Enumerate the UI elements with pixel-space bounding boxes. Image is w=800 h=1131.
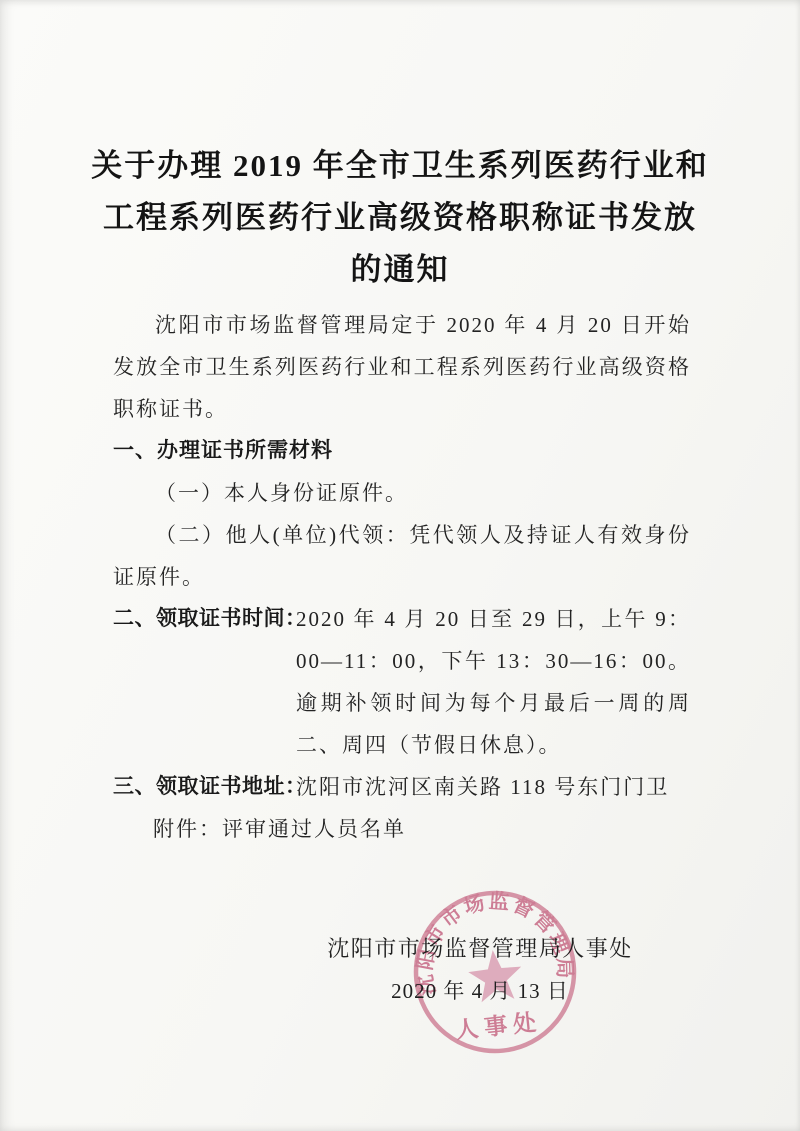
section-3: 三、领取证书地址： 沈阳市沈河区南关路 118 号东门门卫 — [113, 766, 691, 808]
section-2-content: 2020 年 4 月 20 日至 29 日，上午 9：00—11：00，下午 1… — [296, 598, 691, 766]
attachment-line: 附件：评审通过人员名单 — [153, 808, 691, 850]
document-page: 关于办理 2019 年全市卫生系列医药行业和 工程系列医药行业高级资格职称证书发… — [0, 0, 800, 1131]
section-1-item-2: （二）他人(单位)代领：凭代领人及持证人有效身份证原件。 — [113, 514, 691, 598]
seal-bottom-text: 人事处 — [454, 1009, 543, 1043]
section-3-content: 沈阳市沈河区南关路 118 号东门门卫 — [296, 766, 691, 808]
section-1-item-1: （一）本人身份证原件。 — [113, 472, 691, 514]
title-line-3: 的通知 — [60, 244, 740, 296]
title-line-1: 关于办理 2019 年全市卫生系列医药行业和 — [60, 140, 740, 192]
document-title: 关于办理 2019 年全市卫生系列医药行业和 工程系列医药行业高级资格职称证书发… — [60, 140, 740, 296]
section-2: 二、领取证书时间： 2020 年 4 月 20 日至 29 日，上午 9：00—… — [113, 598, 691, 766]
section-3-heading: 三、领取证书地址： — [113, 766, 296, 808]
intro-paragraph: 沈阳市市场监督管理局定于 2020 年 4 月 20 日开始发放全市卫生系列医药… — [113, 304, 691, 430]
issuer-signature: 沈阳市市场监督管理局人事处 — [180, 928, 780, 970]
document-body: 沈阳市市场监督管理局定于 2020 年 4 月 20 日开始发放全市卫生系列医药… — [113, 304, 691, 850]
issue-date: 2020 年 4 月 13 日 — [180, 970, 780, 1012]
title-line-2: 工程系列医药行业高级资格职称证书发放 — [60, 192, 740, 244]
signature-block: 沈阳市市场监督管理局人事处 2020 年 4 月 13 日 — [180, 928, 780, 1012]
section-2-heading: 二、领取证书时间： — [113, 598, 296, 640]
section-1-heading: 一、办理证书所需材料 — [113, 430, 691, 472]
